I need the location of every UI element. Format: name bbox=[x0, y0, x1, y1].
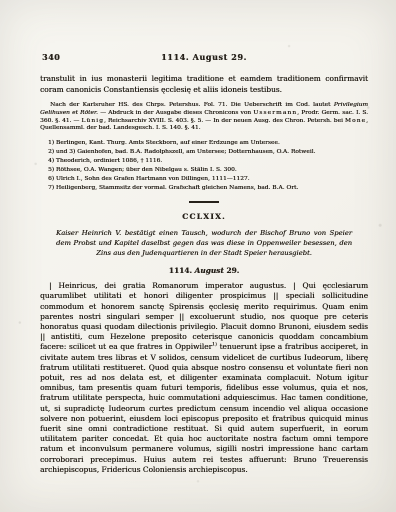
scanned-book-page: 340 1114. August 29. transtulit in ius m… bbox=[0, 0, 396, 512]
source-note-editor-name: Lünig bbox=[81, 118, 104, 124]
entry-body-text: | Heinricus, dei gratia Romanorum impera… bbox=[40, 281, 368, 351]
continuation-paragraph: transtulit in ius monasterii legitima tr… bbox=[40, 73, 368, 95]
entry-body: | Heinricus, dei gratia Romanorum impera… bbox=[40, 281, 368, 475]
footnote-list: 1) Berlingen, Kant. Thurg. Amts Steckbor… bbox=[40, 139, 368, 193]
entry-body-text: tenuerunt ipse a fratribus acciperet, in… bbox=[40, 342, 368, 473]
running-header: 1114. August 29. bbox=[40, 52, 368, 62]
text-column: 340 1114. August 29. transtulit in ius m… bbox=[40, 52, 368, 475]
footnote-item: 6) Ulrich I., Sohn des Grafen Hartmann v… bbox=[48, 175, 368, 184]
entry-date-day: 29. bbox=[224, 266, 239, 275]
section-divider bbox=[189, 201, 219, 203]
source-note-text: Nach der Karlsruher HS. des Chrps. Peter… bbox=[50, 102, 334, 108]
footnote-item: 5) Röthsee, O.A. Wangen; über den Nibelg… bbox=[48, 166, 368, 175]
footnote-item: 2) und 3) Gaienhofen, bad. B.A. Radolphs… bbox=[48, 148, 368, 157]
entry-date-month: August bbox=[195, 266, 224, 275]
page-number: 340 bbox=[42, 52, 60, 62]
footnote-item: 4) Theoderich, ordiniert 1086, † 1116. bbox=[48, 157, 368, 166]
source-note-text: , Reichsarchiv XVIII. S. 403. §. 5. — In… bbox=[104, 118, 345, 124]
entry-date: 1114. August 29. bbox=[40, 266, 368, 275]
entry-date-year: 1114. bbox=[169, 266, 195, 275]
page-header: 340 1114. August 29. bbox=[40, 52, 368, 64]
source-note-editor-name: Ussermann bbox=[253, 110, 297, 116]
footnote-item: 7) Heiligenberg, Stammsitz der vormal. G… bbox=[48, 184, 368, 193]
footnote-item: 1) Berlingen, Kant. Thurg. Amts Steckbor… bbox=[48, 139, 368, 148]
source-note-text: — Abdruck in der Ausgabe dieses Chronico… bbox=[98, 110, 253, 116]
source-note-editor-name: Mone bbox=[345, 118, 366, 124]
source-note: Nach der Karlsruher HS. des Chrps. Peter… bbox=[40, 102, 368, 133]
entry-number: CCLXIX. bbox=[40, 212, 368, 221]
entry-summary: Kaiser Heinrich V. bestätigt einen Tausc… bbox=[40, 228, 368, 258]
